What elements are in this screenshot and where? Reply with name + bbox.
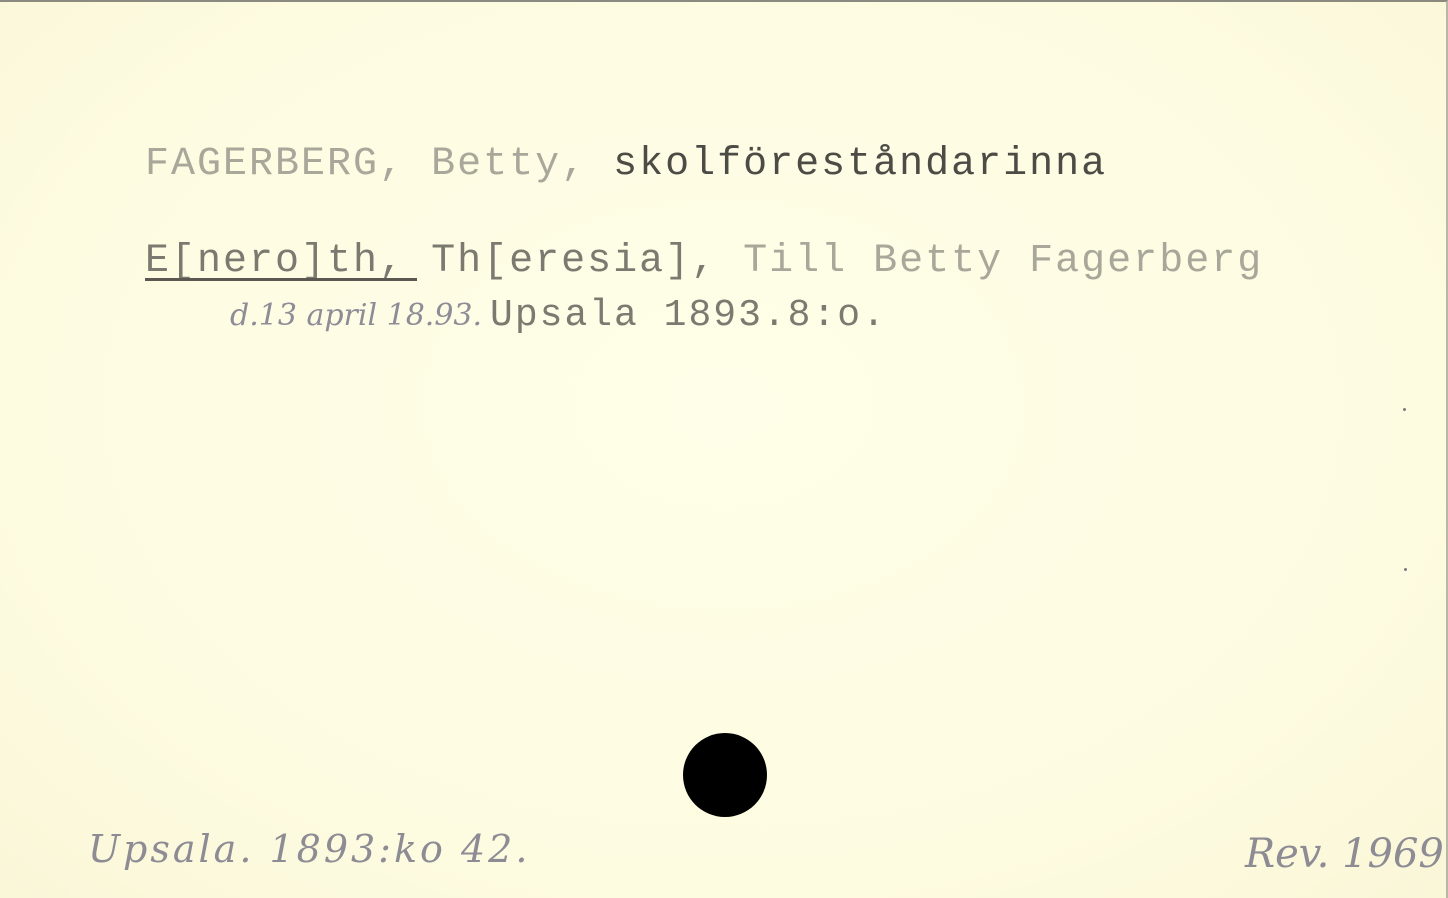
catalog-card: FAGERBERG, Betty, skolföreståndarinna E[… <box>0 0 1448 898</box>
revision-note: Rev. 1969 <box>1245 834 1444 874</box>
heading-given-name: Betty, <box>431 142 587 187</box>
shelf-note: Upsala. 1893:ko 42. <box>88 830 530 868</box>
punch-hole <box>683 733 767 817</box>
entry-author-first: Th[eresia], <box>431 239 717 284</box>
heading-line: FAGERBERG, Betty, skolföreståndarinna <box>145 145 1107 185</box>
paper-speck <box>1404 568 1407 571</box>
paper-speck <box>1403 408 1406 411</box>
entry-line: E[nero]th, Th[eresia], Till Betty Fagerb… <box>145 242 1263 282</box>
handwritten-date: d.13 april 18.93. <box>230 298 482 333</box>
heading-occupation: skolföreståndarinna <box>613 142 1107 187</box>
imprint: Upsala 1893.8:o. <box>490 294 887 337</box>
imprint-line: d.13 april 18.93. Upsala 1893.8:o. <box>230 297 887 335</box>
entry-title: Till Betty Fagerberg <box>743 239 1263 284</box>
author-underline <box>145 278 417 281</box>
heading-surname: FAGERBERG, <box>145 142 405 187</box>
